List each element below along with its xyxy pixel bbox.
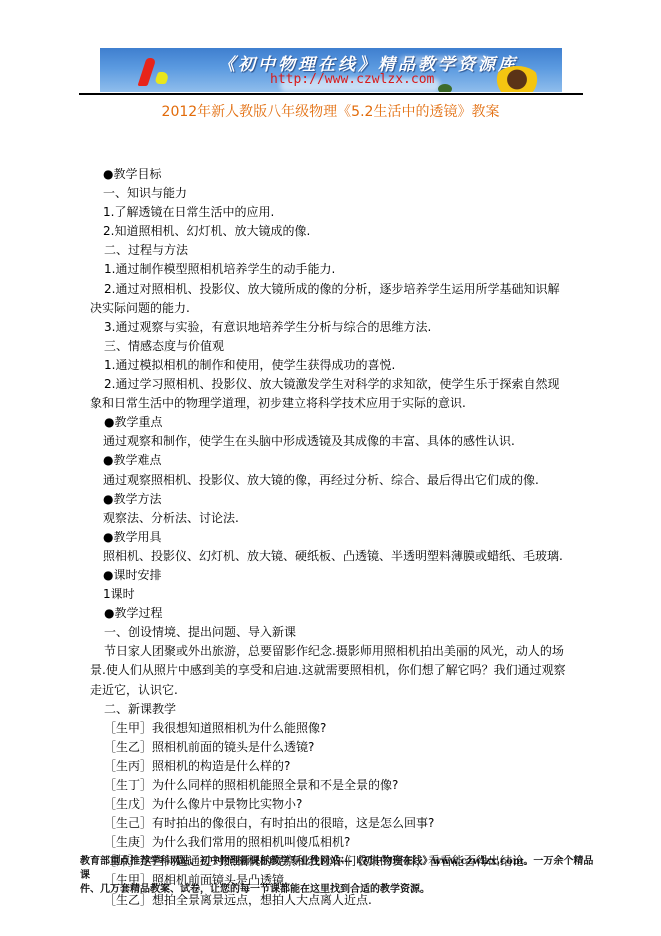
footer-line-2: 件、几万套精品教案、试卷，让您的每一节课都能在这里找到合适的教学资源。	[80, 883, 600, 897]
paragraph-line: ●教学难点	[90, 451, 570, 470]
footer-line-1: 教育部重点推荐学科网站、初中物理新课标教学专业性网站---《初中物理在线》www…	[80, 855, 600, 883]
page-footer: 教育部重点推荐学科网站、初中物理新课标教学专业性网站---《初中物理在线》www…	[80, 855, 600, 897]
paragraph-line: 一、创设情境、提出问题、导入新课	[90, 623, 570, 642]
paragraph-line: ●教学过程	[90, 604, 570, 623]
paragraph-line: 一、知识与能力	[90, 184, 570, 203]
paragraph-line: 2.知道照相机、幻灯机、放大镜成的像.	[90, 222, 570, 241]
paragraph-line: 2.通过学习照相机、投影仪、放大镜激发学生对科学的求知欲，使学生乐于探索自然现象…	[90, 375, 570, 413]
paragraph-line: ●教学重点	[90, 413, 570, 432]
sunflower-icon	[494, 66, 540, 92]
paragraph-line: 3.通过观察与实验，有意识地培养学生分析与综合的思维方法.	[90, 318, 570, 337]
paragraph-line: ［生甲］我很想知道照相机为什么能照像?	[90, 719, 570, 738]
paragraph-line: ［生己］有时拍出的像很白，有时拍出的很暗，这是怎么回事?	[90, 814, 570, 833]
paragraph-line: ［生庚］为什么我们常用的照相机叫傻瓜相机?	[90, 833, 570, 852]
paragraph-line: 通过观察和制作，使学生在头脑中形成透镜及其成像的丰富、具体的感性认识.	[90, 432, 570, 451]
document-body: ●教学目标一、知识与能力1.了解透镜在日常生活中的应用.2.知道照相机、幻灯机、…	[90, 165, 570, 910]
banner-url-link[interactable]: http://www.czwlzx.com	[270, 72, 434, 87]
paragraph-line: 观察法、分析法、讨论法.	[90, 509, 570, 528]
paragraph-line: ［生乙］照相机前面的镜头是什么透镜?	[90, 738, 570, 757]
paragraph-line: 1课时	[90, 585, 570, 604]
paragraph-line: ［生戊］为什么像片中景物比实物小?	[90, 795, 570, 814]
leaf-decoration-icon	[438, 84, 452, 92]
header-divider	[79, 93, 583, 95]
paragraph-line: 通过观察照相机、投影仪、放大镜的像，再经过分析、综合、最后得出它们成的像.	[90, 471, 570, 490]
paragraph-line: 1.了解透镜在日常生活中的应用.	[90, 203, 570, 222]
paragraph-line: ●教学目标	[90, 165, 570, 184]
paragraph-line: ●教学用具	[90, 528, 570, 547]
paragraph-line: ［生丙］照相机的构造是什么样的?	[90, 757, 570, 776]
paragraph-line: ［生丁］为什么同样的照相机能照全景和不是全景的像?	[90, 776, 570, 795]
document-title: 2012年新人教版八年级物理《5.2生活中的透镜》教案	[0, 101, 661, 121]
paragraph-line: 节日家人团聚或外出旅游，总要留影作纪念.摄影师用照相机拍出美丽的风光，动人的场景…	[90, 642, 570, 699]
paragraph-line: 1.通过模拟相机的制作和使用，使学生获得成功的喜悦.	[90, 356, 570, 375]
site-banner[interactable]: 《初中物理在线》精品教学资源库 http://www.czwlzx.com	[100, 48, 562, 92]
site-logo-accent-icon	[154, 72, 170, 84]
paragraph-line: 2.通过对照相机、投影仪、放大镜所成的像的分析，逐步培养学生运用所学基础知识解决…	[90, 280, 570, 318]
paragraph-line: ●课时安排	[90, 566, 570, 585]
paragraph-line: ●教学方法	[90, 490, 570, 509]
paragraph-line: 二、过程与方法	[90, 241, 570, 260]
paragraph-line: 照相机、投影仪、幻灯机、放大镜、硬纸板、凸透镜、半透明塑料薄膜或蜡纸、毛玻璃.	[90, 547, 570, 566]
paragraph-line: 三、情感态度与价值观	[90, 337, 570, 356]
paragraph-line: 二、新课教学	[90, 700, 570, 719]
site-logo-icon	[137, 58, 156, 86]
paragraph-line: 1.通过制作模型照相机培养学生的动手能力.	[90, 260, 570, 279]
